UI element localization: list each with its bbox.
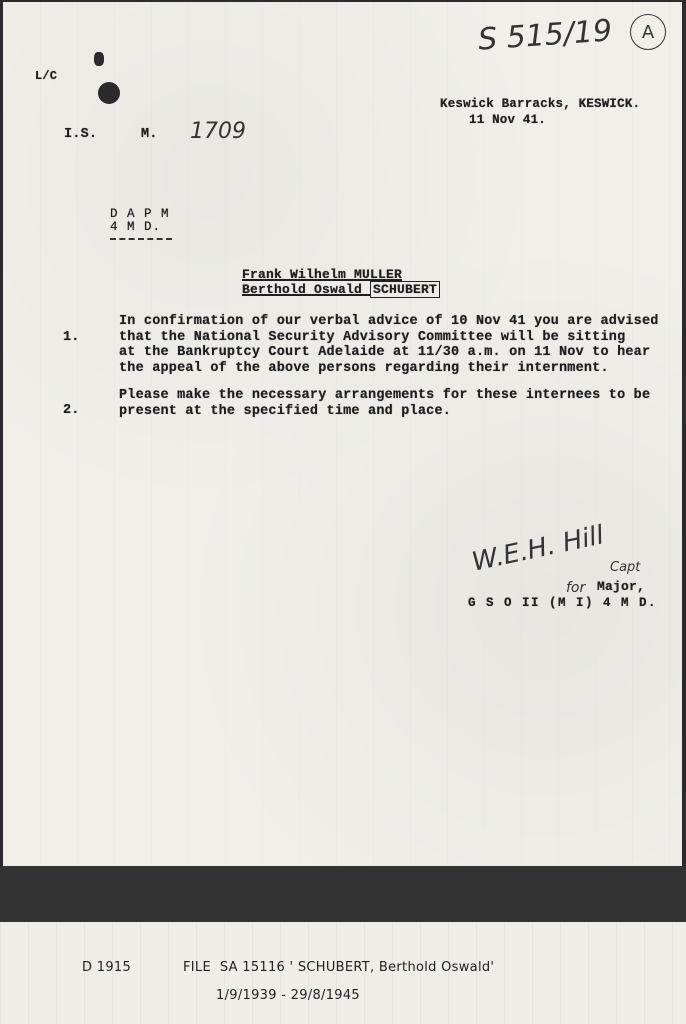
- signatory-title: Major,: [597, 579, 645, 594]
- paragraph-1-line: In confirmation of our verbal advice of …: [119, 314, 659, 330]
- is-label: I.S.: [64, 127, 97, 142]
- paragraph-1-line: at the Bankruptcy Court Adelaide at 11/3…: [119, 345, 659, 361]
- scan-background-band: [0, 866, 686, 922]
- circled-a-mark: A: [630, 14, 666, 50]
- paragraph-2-line: present at the specified time and place.: [119, 404, 650, 420]
- paragraph-1-line: the appeal of the above persons regardin…: [119, 361, 659, 377]
- m-label: M.: [141, 127, 158, 142]
- m-number-handwritten: 1709: [190, 119, 246, 144]
- subject-name-schubert-boxed: SCHUBERT: [370, 281, 440, 298]
- lc-mark: L/C: [35, 69, 57, 83]
- paragraph-2-number: 2.: [63, 403, 80, 418]
- punch-hole-icon: [98, 82, 120, 104]
- subject-block: Frank Wilhelm MULLER Berthold Oswald SCH…: [242, 267, 440, 297]
- rank-handwritten: Capt: [610, 560, 640, 575]
- paragraph-1: In confirmation of our verbal advice of …: [119, 314, 659, 376]
- addressee-line2: 4 M D.: [110, 221, 172, 234]
- paragraph-2: Please make the necessary arrangements f…: [119, 388, 650, 419]
- for-handwritten: for: [566, 580, 585, 596]
- addressee-underline: [110, 238, 172, 240]
- ink-blot-icon: [94, 52, 104, 66]
- document-sheet: S 515/19 A L/C Keswick Barracks, KESWICK…: [3, 2, 682, 866]
- addressee-block: D A P M 4 M D.: [110, 208, 172, 240]
- paragraph-1-line: that the National Security Advisory Comm…: [119, 330, 659, 346]
- letter-date: 11 Nov 41.: [469, 113, 546, 127]
- archive-date-range: 1/9/1939 - 29/8/1945: [216, 988, 360, 1003]
- subject-line2: Berthold Oswald SCHUBERT: [242, 282, 440, 297]
- subject-name-muller: Frank Wilhelm MULLER: [242, 267, 402, 282]
- subject-line1: Frank Wilhelm MULLER: [242, 267, 440, 282]
- paragraph-2-line: Please make the necessary arrangements f…: [119, 388, 650, 404]
- circled-a-text: A: [642, 22, 654, 43]
- signatory-unit: G S O II (M I) 4 M D.: [468, 596, 657, 610]
- paragraph-1-number: 1.: [63, 330, 80, 345]
- archive-file-title: FILE SA 15116 ' SCHUBERT, Berthold Oswal…: [183, 960, 494, 975]
- sender-address: Keswick Barracks, KESWICK.: [440, 97, 640, 111]
- file-reference-handwritten: S 515/19: [477, 13, 613, 57]
- handwritten-signature: W.E.H. Hill: [469, 520, 606, 577]
- archive-item-id: D 1915: [82, 960, 131, 975]
- subject-name-schubert-prefix: Berthold Oswald: [242, 282, 370, 297]
- archive-label-sheet: D 1915 FILE SA 15116 ' SCHUBERT, Berthol…: [0, 922, 686, 1024]
